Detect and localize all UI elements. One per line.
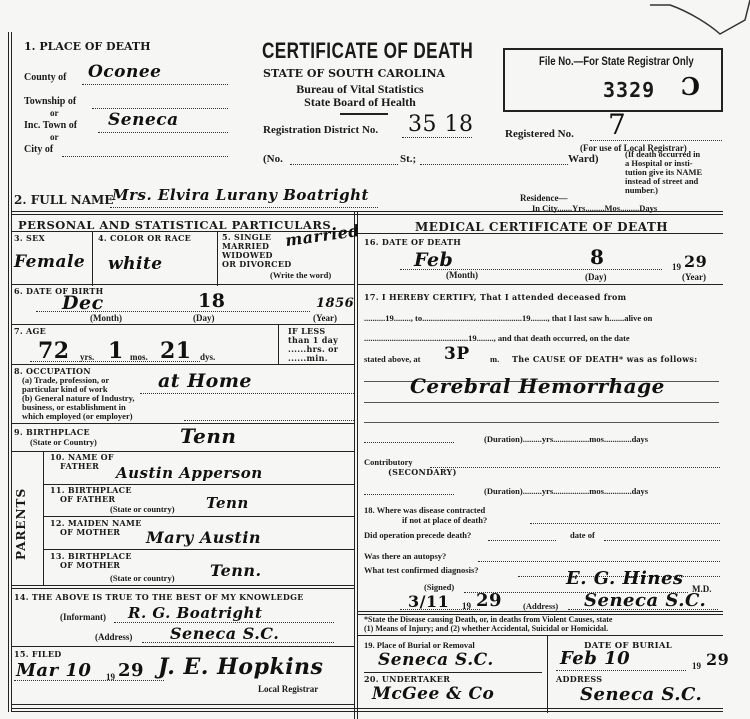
birthplace-label: 9. BIRTHPLACE <box>14 427 90 437</box>
state-name: STATE OF SOUTH CAROLINA <box>263 67 445 80</box>
parents-label: PARENTS <box>14 488 28 560</box>
street-no-line <box>290 164 398 165</box>
full-name-value: Mrs. Elvira Lurany Boatright <box>112 186 369 204</box>
local-registrar-label: Local Registrar <box>258 684 318 694</box>
sex-label: 3. SEX <box>14 233 45 243</box>
place-of-death-heading: 1. PLACE OF DEATH <box>24 40 150 53</box>
informant-heading: 14. THE ABOVE IS TRUE TO THE BEST OF MY … <box>14 592 304 602</box>
town-line <box>98 132 228 133</box>
divider <box>43 549 354 550</box>
mother-birthplace-value: Tenn. <box>210 561 262 580</box>
dod-label: 16. DATE OF DEATH <box>364 237 461 247</box>
q18-line <box>530 523 720 524</box>
year-caption: (Year) <box>313 313 337 323</box>
burial-label: 19. Place of Burial or Removal <box>364 640 475 650</box>
dod-day: 8 <box>590 245 604 269</box>
dob-year: 1856 <box>316 296 354 311</box>
divider <box>11 585 354 589</box>
age-label: 7. AGE <box>14 326 46 336</box>
file-mark: Ɔ <box>681 72 701 101</box>
contributory-label: Contributory <box>364 457 413 467</box>
date-of-label: date of <box>570 530 595 540</box>
divider <box>43 516 354 517</box>
cause-line-3 <box>364 422 719 423</box>
county-line <box>82 84 228 85</box>
occupation-b: (b) General nature of Industry, business… <box>22 394 134 421</box>
dod-month: Feb <box>414 249 453 271</box>
test-label: What test confirmed diagnosis? <box>364 565 479 575</box>
secondary-label: (SECONDARY) <box>388 467 457 477</box>
board-name: State Board of Health <box>285 95 435 110</box>
parents-divider <box>43 451 44 586</box>
mother-label: 12. MAIDEN NAME OF MOTHER <box>50 519 142 537</box>
file-box-label: File No.—For State Registrar Only <box>539 54 694 68</box>
file-number: 3329 <box>603 78 655 102</box>
burial-year: 29 <box>706 650 729 669</box>
dod-year-prefix: 19 <box>672 262 681 272</box>
stated-label: stated above, at <box>364 354 420 364</box>
certificate-title: CERTIFICATE OF DEATH <box>262 38 473 64</box>
marital-note: (Write the word) <box>270 270 331 280</box>
day-caption: (Day) <box>193 313 215 323</box>
personal-heading: PERSONAL AND STATISTICAL PARTICULARS <box>18 218 331 232</box>
divider <box>358 284 723 285</box>
full-name-line <box>110 207 378 208</box>
cause-value: Cerebral Hemorrhage <box>410 374 665 398</box>
divider <box>92 231 93 286</box>
signed-label: (Signed) <box>424 582 454 592</box>
city-label: City of <box>24 144 53 155</box>
reg-district-label: Registration District No. <box>263 124 378 136</box>
informant-line <box>114 622 334 623</box>
title-divider <box>340 113 388 115</box>
sign-year-prefix: 19 <box>462 601 471 611</box>
divider <box>11 364 354 365</box>
street-line <box>420 164 568 165</box>
township-line <box>92 108 228 109</box>
mother-birthplace-sub: (State or country) <box>110 573 175 583</box>
street-no-label: (No. <box>263 153 283 165</box>
autopsy-label: Was there an autopsy? <box>364 551 446 561</box>
informant-address-value: Seneca S.C. <box>170 624 279 643</box>
occupation-b-line <box>184 420 354 421</box>
undertaker-address-label: ADDRESS <box>556 674 602 684</box>
father-birthplace-sub: (State or country) <box>110 504 175 514</box>
bottom-border <box>11 708 723 712</box>
filed-year-prefix: 19 <box>106 672 115 682</box>
undertaker-value: McGee & Co <box>372 684 494 704</box>
torn-corner-mark <box>650 0 750 40</box>
burial-line <box>364 672 542 673</box>
town-value: Seneca <box>108 110 179 130</box>
sign-address-label: (Address) <box>523 601 558 611</box>
or-text: or <box>50 132 59 142</box>
town-label: Inc. Town of <box>24 120 77 131</box>
sign-year: 29 <box>476 590 502 611</box>
if-less-note: IF LESS than 1 day ......hrs. or ......m… <box>288 327 338 363</box>
father-birthplace-value: Tenn <box>206 494 249 512</box>
registered-no-label: Registered No. <box>505 128 574 140</box>
cause-line-2 <box>364 402 719 403</box>
reg-district-value: 35 18 <box>408 112 473 137</box>
divider <box>278 324 279 364</box>
operation-line <box>488 540 556 541</box>
occupation-value: at Home <box>158 370 252 392</box>
footnote: *State the Disease causing Death, or, in… <box>364 615 612 633</box>
street-label: St.; <box>400 153 416 165</box>
burial-date: Feb 10 <box>560 648 630 669</box>
hospital-note: (If death occurred in a Hospital or inst… <box>625 150 702 195</box>
county-label: County of <box>24 72 67 83</box>
filed-year: 29 <box>118 660 144 681</box>
age-years: 72 <box>38 338 70 364</box>
operation-label: Did operation precede death? <box>364 530 471 540</box>
mos-caption: mos. <box>130 352 148 362</box>
cause-label: The CAUSE OF DEATH* was as follows: <box>512 354 697 364</box>
divider <box>11 284 354 285</box>
full-name-label: 2. FULL NAME <box>14 193 113 207</box>
race-value: white <box>108 254 163 274</box>
father-label: 10. NAME OF FATHER <box>50 453 114 471</box>
autopsy-line <box>478 561 720 562</box>
reg-district-line <box>402 137 472 138</box>
burial-year-prefix: 19 <box>692 661 701 671</box>
duration-blank <box>364 442 454 443</box>
dod-year: 29 <box>684 252 707 271</box>
certify-line-3: ........................................… <box>364 333 630 343</box>
dob-month: Dec <box>62 292 104 314</box>
q18-label: 18. Where was disease contracted if not … <box>364 505 487 525</box>
duration-line-2: (Duration).........yrs.................m… <box>484 486 648 496</box>
center-divider <box>354 211 358 719</box>
file-number-box: File No.—For State Registrar Only 3329 Ɔ <box>503 48 723 112</box>
father-birthplace-label: 11. BIRTHPLACE OF FATHER <box>50 486 132 504</box>
informant-value: R. G. Boatright <box>128 604 262 622</box>
yrs-caption: yrs. <box>80 352 94 362</box>
dob-day: 18 <box>198 290 225 312</box>
undertaker-address-value: Seneca S.C. <box>580 684 702 705</box>
left-border-inner <box>11 32 12 712</box>
dys-caption: dys. <box>200 352 215 362</box>
sign-address-value: Seneca S.C. <box>584 590 706 611</box>
mother-value: Mary Austin <box>146 528 261 547</box>
or-text: or <box>50 108 59 118</box>
age-days: 21 <box>160 338 192 364</box>
certify-line-2: ..........19........, to................… <box>364 313 652 323</box>
sex-value: Female <box>14 252 85 272</box>
divider <box>11 646 354 647</box>
burial-value: Seneca S.C. <box>378 650 494 670</box>
residence-label: Residence— <box>520 193 568 203</box>
occupation-a-line <box>140 393 354 394</box>
father-value: Austin Apperson <box>116 464 263 482</box>
duration-line-1: (Duration).........yrs.................m… <box>484 434 648 444</box>
occupation-a: (a) Trade, profession, or particular kin… <box>22 376 109 394</box>
divider <box>358 635 723 636</box>
ward-label: Ward) <box>568 153 599 165</box>
divider <box>11 704 354 705</box>
name-divider <box>11 211 723 215</box>
month-caption: (Month) <box>446 270 478 280</box>
race-label: 4. COLOR OR RACE <box>98 233 191 243</box>
left-border <box>8 32 9 712</box>
city-line <box>62 156 228 157</box>
birthplace-value: Tenn <box>180 424 236 448</box>
county-value: Oconee <box>88 62 162 82</box>
age-months: 1 <box>108 338 124 364</box>
medical-heading: MEDICAL CERTIFICATE OF DEATH <box>415 220 668 234</box>
date-of-line <box>604 540 720 541</box>
time-value: 3P <box>444 344 470 364</box>
marital-label: 5. SINGLE MARRIED WIDOWED OR DIVORCED <box>222 233 291 269</box>
birthplace-sub: (State or Country) <box>30 437 97 447</box>
mother-birthplace-label: 13. BIRTHPLACE OF MOTHER <box>50 552 132 570</box>
contributory-line <box>430 467 720 468</box>
duration-blank-2 <box>364 494 454 495</box>
day-caption: (Day) <box>585 272 607 282</box>
divider <box>547 635 548 713</box>
divider <box>217 231 218 286</box>
m-label: m. <box>490 354 499 364</box>
township-label: Township of <box>24 96 76 107</box>
filed-label: 15. FILED <box>14 649 62 659</box>
certify-line-1: 17. I HEREBY CERTIFY, That I attended de… <box>364 292 626 302</box>
death-certificate: 1. PLACE OF DEATH County of Oconee Towns… <box>0 0 750 719</box>
undertaker-label: 20. UNDERTAKER <box>364 674 450 684</box>
registered-no-value: 7 <box>608 108 626 141</box>
divider <box>11 324 354 325</box>
burial-date-line <box>556 670 686 671</box>
year-caption: (Year) <box>682 272 706 282</box>
physician-signature: E. G. Hines <box>566 568 684 589</box>
registrar-signature: J. E. Hopkins <box>158 654 323 680</box>
filed-date: Mar 10 <box>16 660 91 681</box>
informant-address-label: (Address) <box>95 632 132 642</box>
informant-label: (Informant) <box>60 612 106 622</box>
month-caption: (Month) <box>90 313 122 323</box>
divider <box>358 233 723 234</box>
